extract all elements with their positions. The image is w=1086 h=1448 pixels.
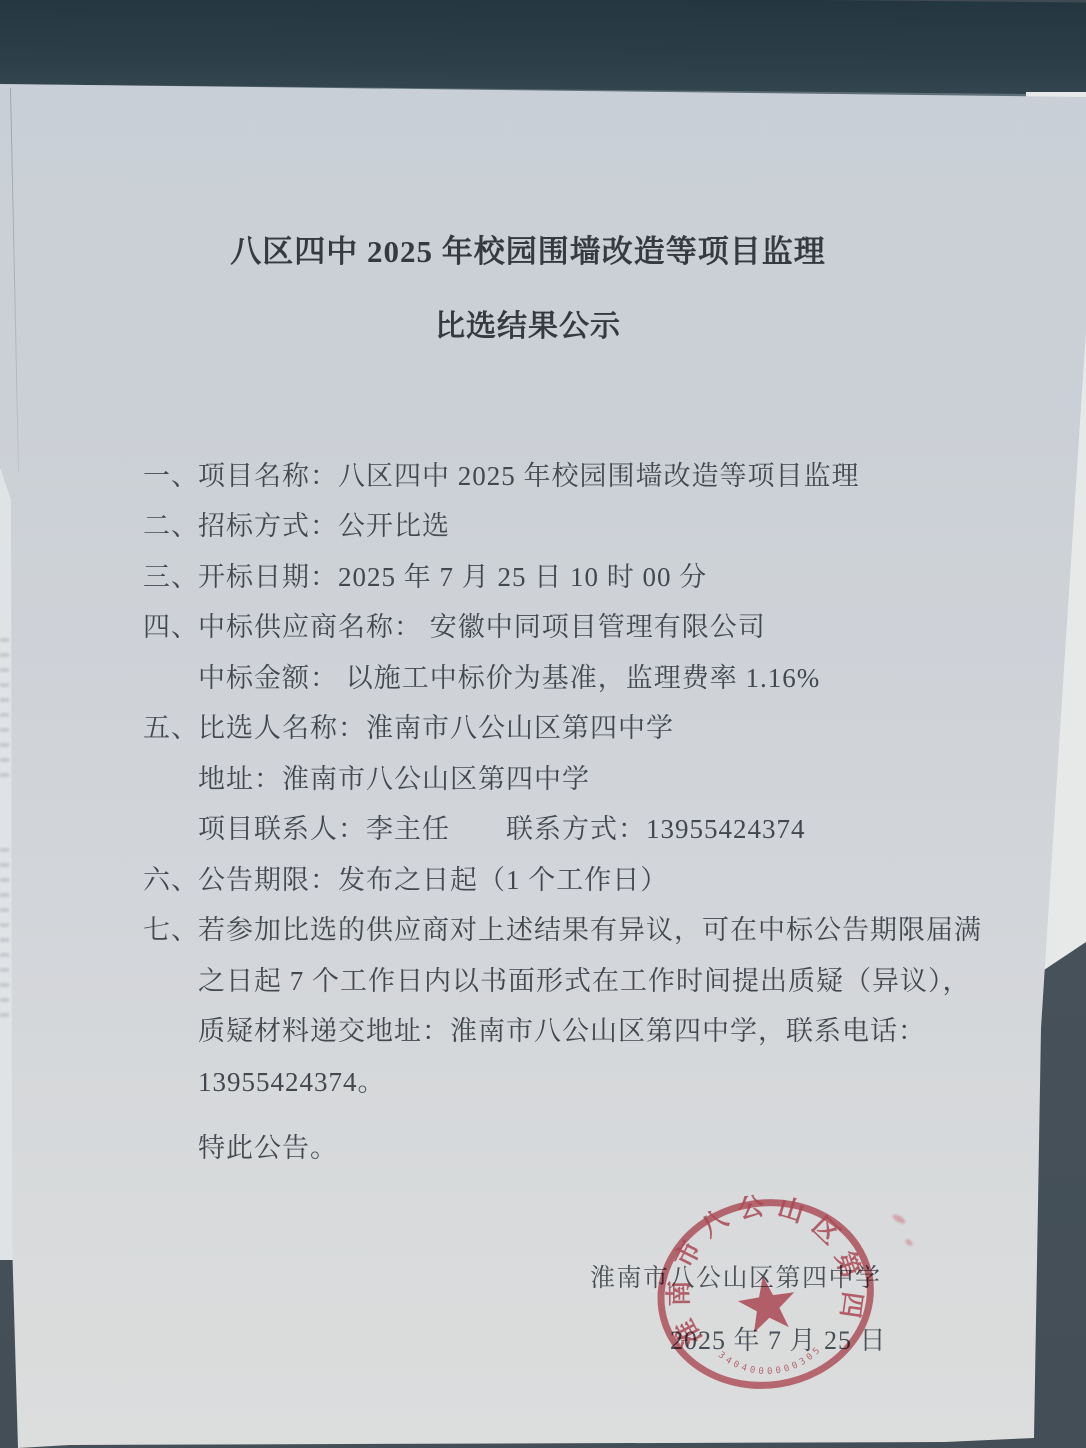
- line-text: 项目名称：八区四中 2025 年校园围墙改造等项目监理: [198, 454, 860, 493]
- doc-title-line2: 比选结果公示: [0, 301, 1056, 345]
- doc-body: 一、项目名称：八区四中 2025 年校园围墙改造等项目监理 二、招标方式：公开比…: [143, 448, 982, 1105]
- line-number: 一、: [143, 454, 198, 493]
- line-text: 质疑材料递交地址：淮南市八公山区第四中学，联系电话：: [198, 1009, 926, 1048]
- line-text: 若参加比选的供应商对上述结果有异议，可在中标公告期限届满: [198, 908, 982, 947]
- svg-text:淮南市八公山区第四中学: 淮南市八公山区第四中学: [635, 1177, 872, 1357]
- doc-line: 之日起 7 个工作日内以书面形式在工作时间提出质疑（异议），: [143, 953, 982, 1004]
- paper-crease: [10, 88, 19, 472]
- line-text: 招标方式：公开比选: [198, 504, 450, 543]
- line-number: 三、: [143, 555, 198, 594]
- doc-line: 六、公告期限：发布之日起（1 个工作日）: [143, 852, 982, 903]
- seal-text-arc: 淮南市八公山区第四中学: [635, 1177, 872, 1357]
- doc-title-line1: 八区四中 2025 年校园围墙改造等项目监理: [0, 226, 1056, 271]
- line-number: 七、: [143, 908, 198, 947]
- document-photo: 八区四中 2025 年校园围墙改造等项目监理 比选结果公示 一、项目名称：八区四…: [0, 0, 1086, 1448]
- seal-star-icon: [735, 1272, 800, 1335]
- line-text: 项目联系人：李主任 联系方式：13955424374: [198, 807, 806, 846]
- line-number: 六、: [143, 858, 198, 897]
- document-page: 八区四中 2025 年校园围墙改造等项目监理 比选结果公示 一、项目名称：八区四…: [0, 0, 1086, 1448]
- seal-smudge: [891, 1213, 906, 1225]
- doc-line: 七、若参加比选的供应商对上述结果有异议，可在中标公告期限届满: [143, 903, 982, 954]
- official-seal: 淮南市八公山区第四中学 3404000000305: [635, 1177, 896, 1415]
- line-text: 中标金额： 以施工中标价为基准，监理费率 1.16%: [198, 656, 820, 695]
- underlying-text-fragment: [0, 638, 9, 778]
- doc-line: 四、中标供应商名称： 安徽中同项目管理有限公司: [143, 600, 982, 651]
- doc-line: 13955424374。: [143, 1054, 982, 1105]
- line-text: 13955424374。: [198, 1060, 386, 1099]
- doc-line: 一、项目名称：八区四中 2025 年校园围墙改造等项目监理: [143, 448, 982, 499]
- doc-line: 二、招标方式：公开比选: [143, 499, 982, 550]
- doc-line: 三、开标日期：2025 年 7 月 25 日 10 时 00 分: [143, 549, 982, 600]
- desk-edge-top: [0, 0, 1086, 101]
- line-text: 地址：淮南市八公山区第四中学: [198, 757, 590, 796]
- line-number: 五、: [143, 706, 198, 745]
- seal-smudge: [904, 1238, 913, 1247]
- doc-line: 地址：淮南市八公山区第四中学: [143, 751, 982, 802]
- underlying-text-fragment: [0, 848, 9, 1018]
- line-text: 比选人名称：淮南市八公山区第四中学: [198, 706, 674, 745]
- doc-line: 项目联系人：李主任 联系方式：13955424374: [143, 802, 982, 853]
- line-number: 二、: [143, 504, 198, 543]
- line-text: 中标供应商名称： 安徽中同项目管理有限公司: [198, 605, 766, 644]
- doc-line: 质疑材料递交地址：淮南市八公山区第四中学，联系电话：: [143, 1004, 982, 1055]
- line-text: 开标日期：2025 年 7 月 25 日 10 时 00 分: [198, 555, 707, 594]
- line-text: 公告期限：发布之日起（1 个工作日）: [198, 858, 668, 897]
- line-text: 之日起 7 个工作日内以书面形式在工作时间提出质疑（异议），: [198, 959, 971, 998]
- doc-closing: 特此公告。: [198, 1126, 338, 1165]
- doc-line: 中标金额： 以施工中标价为基准，监理费率 1.16%: [143, 650, 982, 701]
- line-number: 四、: [143, 605, 198, 644]
- doc-line: 五、比选人名称：淮南市八公山区第四中学: [143, 701, 982, 752]
